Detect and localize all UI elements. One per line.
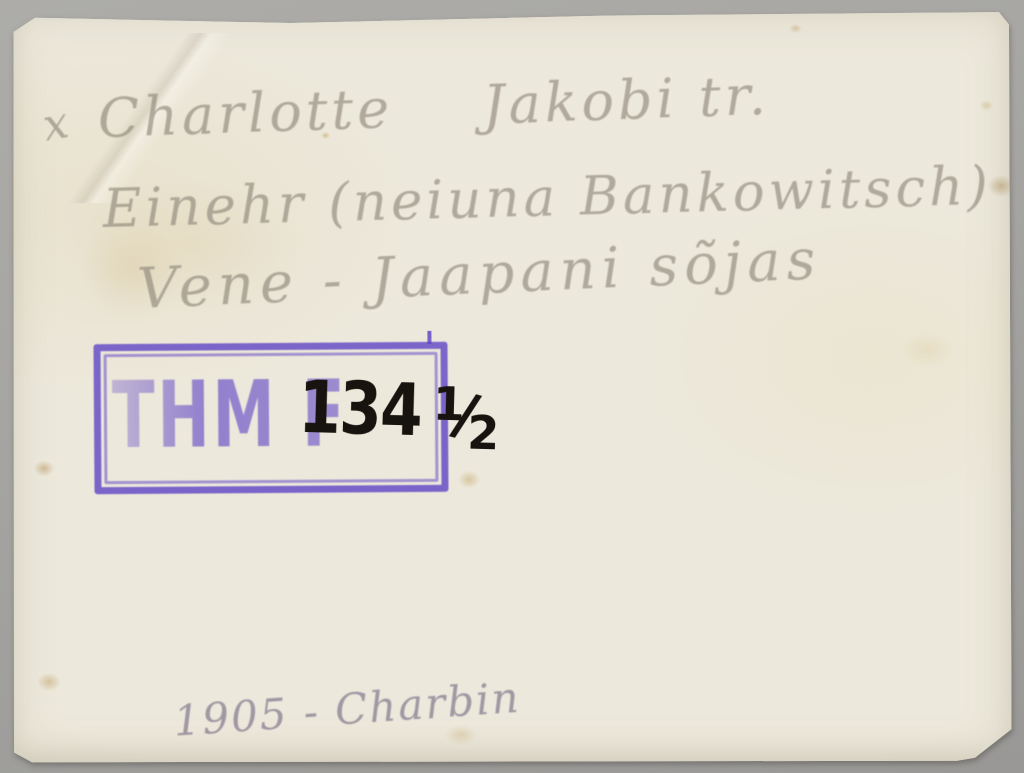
stain xyxy=(32,459,56,478)
stain xyxy=(788,23,803,34)
handwritten-patronym: Jakobi tr. xyxy=(482,64,771,137)
x-mark: x xyxy=(39,96,76,151)
handwritten-name: Charlotte xyxy=(97,77,394,150)
caption-year-place: 1905 - Charbin xyxy=(172,673,522,746)
inventory-number-whole: 134 xyxy=(297,365,422,452)
stain xyxy=(895,329,959,371)
handwriting-line-1: xCharlotteJakobi tr. xyxy=(42,64,771,152)
stain xyxy=(978,99,995,112)
paper-shadow: xCharlotteJakobi tr. Einehr (neiuna Bank… xyxy=(0,0,1024,773)
fraction-denominator: 2 xyxy=(467,406,501,461)
stain xyxy=(35,671,63,693)
stain xyxy=(456,469,482,490)
stamp-tick-mark xyxy=(427,331,431,344)
handwriting-line-2: Einehr (neiuna Bankowitsch) xyxy=(102,156,993,240)
inventory-number-fraction: 1/2 xyxy=(432,366,501,436)
photo-backdrop: xCharlotteJakobi tr. Einehr (neiuna Bank… xyxy=(0,0,1024,773)
handwriting-line-3: Vene - Jaapani sõjas xyxy=(136,227,823,322)
inventory-number: 1341/2 xyxy=(297,365,501,455)
photo-back-paper: xCharlotteJakobi tr. Einehr (neiuna Bank… xyxy=(10,11,1012,763)
museum-stamp: THM F 1341/2 xyxy=(93,342,448,494)
